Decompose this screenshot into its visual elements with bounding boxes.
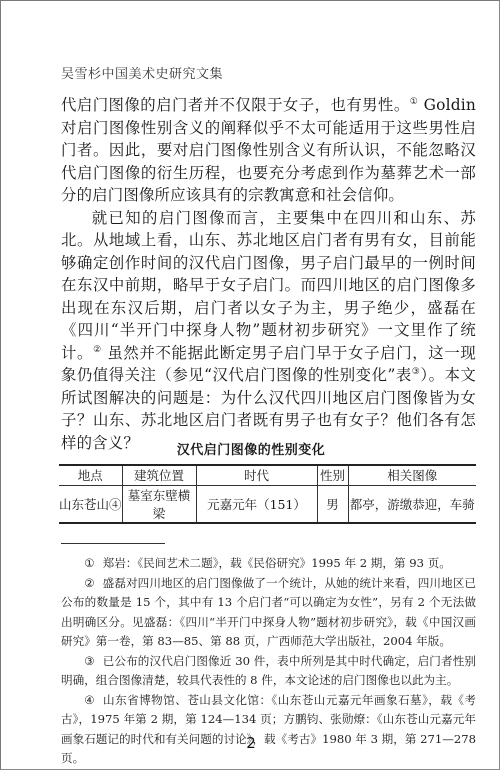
body-text: 代启门图像的启门者并不仅限于女子，也有男性。① Goldin 对启门图像性别含义…	[61, 94, 476, 454]
footnote-ref-2[interactable]: ②	[93, 345, 102, 355]
cell-period: 元嘉元年（151）	[196, 485, 317, 523]
footnote-3: ③已公布的汉代启门图像近 30 件，表中所列是其中时代确定，启门者性别明确，组合…	[61, 652, 476, 691]
cell-related-images: 都亭，游缴恭迎，车骑	[348, 485, 476, 523]
footnote-divider	[61, 543, 165, 544]
paragraph-1: 代启门图像的启门者并不仅限于女子，也有男性。① Goldin 对启门图像性别含义…	[61, 94, 476, 207]
col-location: 地点	[59, 465, 122, 485]
col-gender: 性别	[317, 465, 348, 485]
footnote-1: ①郑岩：《民间艺术二题》，载《民俗研究》1995 年 2 期，第 93 页。	[61, 554, 476, 574]
footnote-ref-1[interactable]: ①	[410, 97, 419, 107]
paragraph-2: 就已知的启门图像而言，主要集中在四川和山东、苏北。从地域上看，山东、苏北地区启门…	[61, 207, 476, 455]
cell-building-position: 墓室东壁横梁	[122, 485, 196, 523]
gender-change-table: 地点 建筑位置 时代 性别 相关图像 山东苍山④ 墓室东壁横梁 元嘉元年（151…	[59, 464, 476, 524]
footnote-2: ②盛磊对四川地区的启门图像做了一个统计，从她的统计来看，四川地区已公布的数量是 …	[61, 574, 476, 652]
col-building-position: 建筑位置	[122, 465, 196, 485]
book-page: 吴雪杉中国美术史研究文集 代启门图像的启门者并不仅限于女子，也有男性。① Gol…	[0, 0, 500, 770]
cell-location: 山东苍山④	[59, 485, 122, 523]
table-title: 汉代启门图像的性别变化	[1, 439, 500, 458]
table-row: 山东苍山④ 墓室东壁横梁 元嘉元年（151） 男 都亭，游缴恭迎，车骑	[59, 485, 476, 523]
cell-gender: 男	[317, 485, 348, 523]
col-related-images: 相关图像	[348, 465, 476, 485]
footnote-4: ④山东省博物馆、苍山县文化馆：《山东苍山元嘉元年画象石墓》，载《考古》，1975…	[61, 691, 476, 769]
table-header-row: 地点 建筑位置 时代 性别 相关图像	[59, 465, 476, 485]
col-period: 时代	[196, 465, 317, 485]
running-title: 吴雪杉中国美术史研究文集	[61, 63, 223, 82]
page-number: 2	[1, 734, 500, 752]
